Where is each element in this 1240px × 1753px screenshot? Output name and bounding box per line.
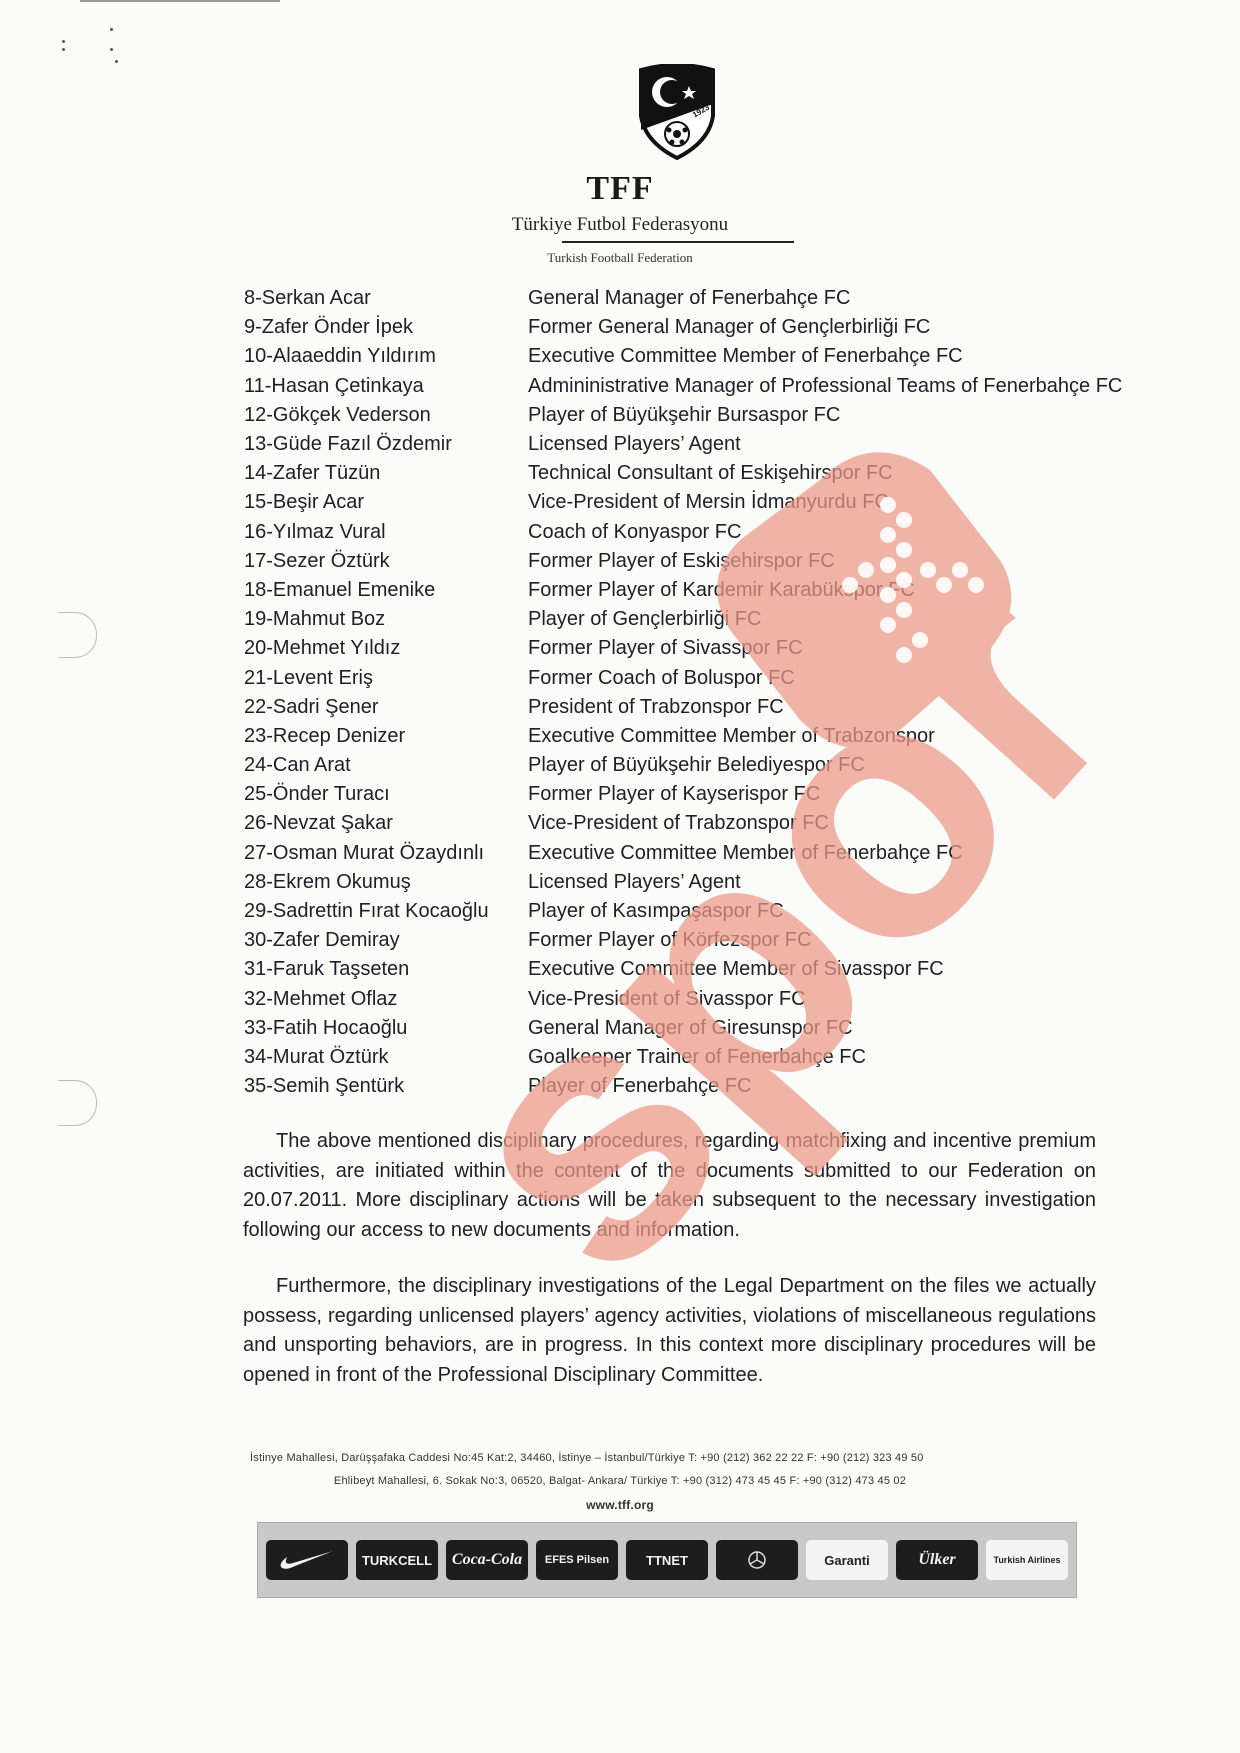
website-link[interactable]: www.tff.org: [0, 1498, 1240, 1512]
person-row: 8-Serkan AcarGeneral Manager of Fenerbah…: [244, 284, 1204, 313]
person-name: 17-Sezer Öztürk: [244, 550, 528, 573]
person-name: 24-Can Arat: [244, 754, 528, 777]
person-name: 29-Sadrettin Fırat Kocaoğlu: [244, 900, 528, 923]
person-name: 32-Mehmet Oflaz: [244, 988, 528, 1011]
header-rule: [562, 241, 794, 243]
person-role: Coach of Konyaspor FC: [528, 521, 1204, 544]
person-role: Player of Büyükşehir Belediyespor FC: [528, 754, 1204, 777]
person-row: 29-Sadrettin Fırat KocaoğluPlayer of Kas…: [244, 897, 1204, 926]
person-name: 28-Ekrem Okumuş: [244, 871, 528, 894]
top-edge-line: [80, 0, 280, 2]
paragraph-text: The above mentioned disciplinary procedu…: [243, 1130, 1096, 1241]
sponsor-logo-turkcell: TURKCELL: [356, 1540, 438, 1580]
person-role: Vice-President of Sivasspor FC: [528, 988, 1204, 1011]
person-row: 27-Osman Murat ÖzaydınlıExecutive Commit…: [244, 839, 1204, 868]
person-role: Former Player of Kayserispor FC: [528, 783, 1204, 806]
person-name: 33-Fatih Hocaoğlu: [244, 1017, 528, 1040]
person-row: 15-Beşir AcarVice-President of Mersin İd…: [244, 488, 1204, 517]
person-name: 26-Nevzat Şakar: [244, 812, 528, 835]
person-row: 9-Zafer Önder İpekFormer General Manager…: [244, 313, 1204, 342]
person-row: 25-Önder TuracıFormer Player of Kayseris…: [244, 780, 1204, 809]
sponsor-logo-efes: EFES Pilsen: [536, 1540, 618, 1580]
person-row: 16-Yılmaz VuralCoach of Konyaspor FC: [244, 518, 1204, 547]
person-name: 14-Zafer Tüzün: [244, 462, 528, 485]
sponsor-logos-bar: TURKCELL Coca-Cola EFES Pilsen TTNET Gar…: [257, 1522, 1077, 1598]
address-istanbul: İstinye Mahallesi, Darüşşafaka Caddesi N…: [250, 1452, 1090, 1464]
person-row: 14-Zafer TüzünTechnical Consultant of Es…: [244, 459, 1204, 488]
address-ankara: Ehlibeyt Mahallesi, 6. Sokak No:3, 06520…: [0, 1475, 1240, 1487]
person-role: Executive Committee Member of Trabzonspo…: [528, 725, 1204, 748]
sponsor-logo-garanti: Garanti: [806, 1540, 888, 1580]
sponsor-logo-turkish-airlines: Turkish Airlines: [986, 1540, 1068, 1580]
person-row: 12-Gökçek VedersonPlayer of Büyükşehir B…: [244, 401, 1204, 430]
person-name: 31-Faruk Taşseten: [244, 958, 528, 981]
person-role: Licensed Players’ Agent: [528, 433, 1204, 456]
paragraph-legal-department: Furthermore, the disciplinary investigat…: [243, 1272, 1096, 1390]
person-role: General Manager of Fenerbahçe FC: [528, 287, 1204, 310]
person-role: Former Player of Körfezspor FC: [528, 929, 1204, 952]
nike-swoosh-icon: [279, 1549, 335, 1571]
person-row: 32-Mehmet OflazVice-President of Sivassp…: [244, 985, 1204, 1014]
sponsor-logo-ttnet: TTNET: [626, 1540, 708, 1580]
sponsor-logo-coca-cola: Coca-Cola: [446, 1540, 528, 1580]
person-name: 16-Yılmaz Vural: [244, 521, 528, 544]
person-row: 31-Faruk TaşsetenExecutive Committee Mem…: [244, 955, 1204, 984]
person-role: Admininistrative Manager of Professional…: [528, 375, 1204, 398]
sponsor-logo-nike: [266, 1540, 348, 1580]
person-row: 13-Güde Fazıl ÖzdemirLicensed Players’ A…: [244, 430, 1204, 459]
person-row: 26-Nevzat ŞakarVice-President of Trabzon…: [244, 809, 1204, 838]
person-role: Licensed Players’ Agent: [528, 871, 1204, 894]
person-role: Former General Manager of Gençlerbirliği…: [528, 316, 1204, 339]
sponsor-logo-mercedes: [716, 1540, 798, 1580]
person-row: 17-Sezer ÖztürkFormer Player of Eskişehi…: [244, 547, 1204, 576]
person-row: 35-Semih ŞentürkPlayer of Fenerbahçe FC: [244, 1072, 1204, 1101]
person-row: 20-Mehmet YıldızFormer Player of Sivassp…: [244, 634, 1204, 663]
person-name: 25-Önder Turacı: [244, 783, 528, 806]
person-name: 10-Alaaeddin Yıldırım: [244, 345, 528, 368]
person-name: 20-Mehmet Yıldız: [244, 637, 528, 660]
person-role: Former Player of Sivasspor FC: [528, 637, 1204, 660]
person-role: Executive Committee Member of Sivasspor …: [528, 958, 1204, 981]
person-name: 8-Serkan Acar: [244, 287, 528, 310]
person-row: 30-Zafer DemirayFormer Player of Körfezs…: [244, 926, 1204, 955]
federation-name-turkish: Türkiye Futbol Federasyonu: [0, 214, 1240, 236]
person-name: 30-Zafer Demiray: [244, 929, 528, 952]
person-role: Former Player of Kardemir Karabükspor FC: [528, 579, 1204, 602]
person-name: 19-Mahmut Boz: [244, 608, 528, 631]
mercedes-star-icon: [747, 1550, 767, 1570]
person-name: 21-Levent Eriş: [244, 667, 528, 690]
person-row: 34-Murat ÖztürkGoalkeeper Trainer of Fen…: [244, 1043, 1204, 1072]
person-role: Former Coach of Boluspor FC: [528, 667, 1204, 690]
person-name: 13-Güde Fazıl Özdemir: [244, 433, 528, 456]
person-role: Technical Consultant of Eskişehirspor FC: [528, 462, 1204, 485]
person-row: 18-Emanuel EmenikeFormer Player of Karde…: [244, 576, 1204, 605]
person-name: 12-Gökçek Vederson: [244, 404, 528, 427]
person-role: President of Trabzonspor FC: [528, 696, 1204, 719]
person-role: Goalkeeper Trainer of Fenerbahçe FC: [528, 1046, 1204, 1069]
person-row: 33-Fatih HocaoğluGeneral Manager of Gire…: [244, 1014, 1204, 1043]
person-name: 23-Recep Denizer: [244, 725, 528, 748]
federation-abbreviation: TFF: [0, 170, 1240, 208]
person-role: Executive Committee Member of Fenerbahçe…: [528, 345, 1204, 368]
federation-name-english: Turkish Football Federation: [0, 250, 1240, 266]
person-name: 34-Murat Öztürk: [244, 1046, 528, 1069]
person-row: 23-Recep DenizerExecutive Committee Memb…: [244, 722, 1204, 751]
person-role: Player of Gençlerbirliği FC: [528, 608, 1204, 631]
tff-crest-logo: 1923: [637, 64, 717, 160]
person-row: 19-Mahmut BozPlayer of Gençlerbirliği FC: [244, 605, 1204, 634]
person-role: Executive Committee Member of Fenerbahçe…: [528, 842, 1204, 865]
person-name: 18-Emanuel Emenike: [244, 579, 528, 602]
person-role: Former Player of Eskişehirspor FC: [528, 550, 1204, 573]
person-name: 35-Semih Şentürk: [244, 1075, 528, 1098]
person-role: Player of Kasımpaşaspor FC: [528, 900, 1204, 923]
person-row: 11-Hasan ÇetinkayaAdmininistrative Manag…: [244, 372, 1204, 401]
person-role: Player of Fenerbahçe FC: [528, 1075, 1204, 1098]
person-row: 28-Ekrem OkumuşLicensed Players’ Agent: [244, 868, 1204, 897]
person-name: 9-Zafer Önder İpek: [244, 316, 528, 339]
person-name: 22-Sadri Şener: [244, 696, 528, 719]
person-role: Vice-President of Trabzonspor FC: [528, 812, 1204, 835]
person-role: Player of Büyükşehir Bursaspor FC: [528, 404, 1204, 427]
person-row: 24-Can AratPlayer of Büyükşehir Belediye…: [244, 751, 1204, 780]
paragraph-disciplinary-procedures: The above mentioned disciplinary procedu…: [243, 1127, 1096, 1245]
person-name: 27-Osman Murat Özaydınlı: [244, 842, 528, 865]
persons-list: 8-Serkan AcarGeneral Manager of Fenerbah…: [244, 284, 1204, 1101]
sponsor-logo-ulker: Ülker: [896, 1540, 978, 1580]
person-row: 21-Levent ErişFormer Coach of Boluspor F…: [244, 663, 1204, 692]
person-role: Vice-President of Mersin İdmanyurdu FC: [528, 491, 1204, 514]
person-row: 10-Alaaeddin YıldırımExecutive Committee…: [244, 342, 1204, 371]
person-name: 15-Beşir Acar: [244, 491, 528, 514]
person-role: General Manager of Giresunspor FC: [528, 1017, 1204, 1040]
person-name: 11-Hasan Çetinkaya: [244, 375, 528, 398]
paragraph-text: Furthermore, the disciplinary investigat…: [243, 1275, 1096, 1386]
person-row: 22-Sadri ŞenerPresident of Trabzonspor F…: [244, 693, 1204, 722]
